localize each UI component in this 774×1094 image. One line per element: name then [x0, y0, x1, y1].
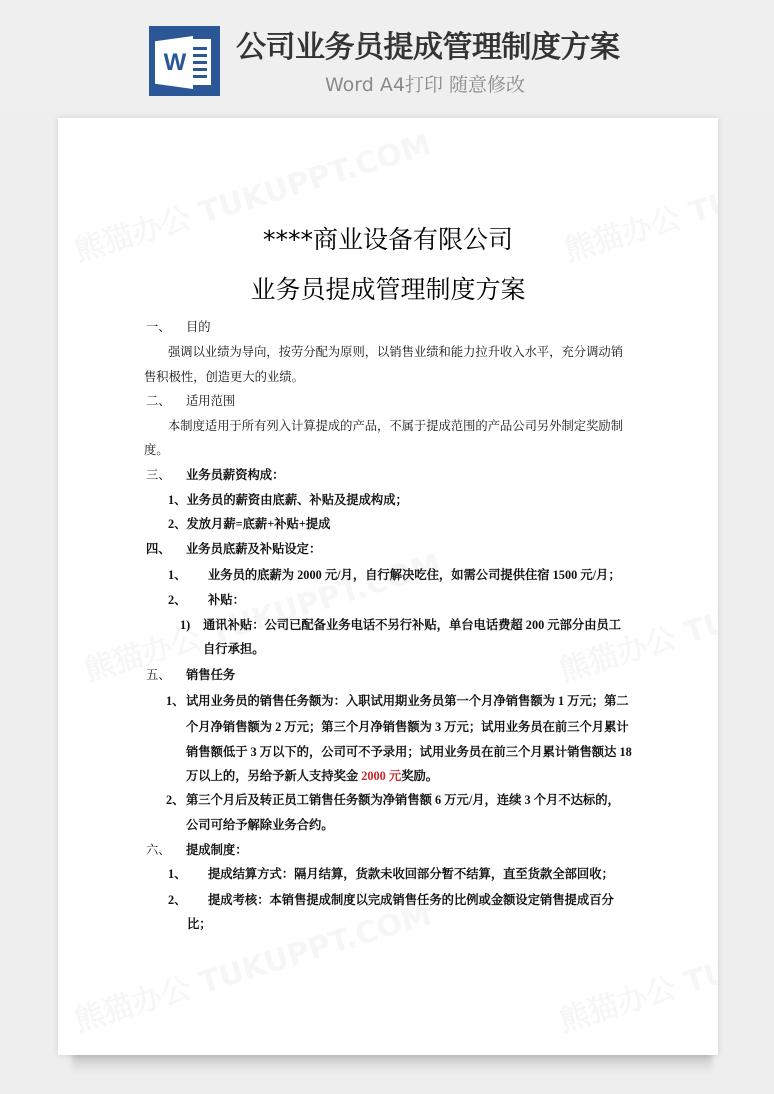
section-number: 二、	[146, 393, 171, 409]
section-number: 六、	[146, 842, 171, 858]
sub-item: 自行承担。	[203, 641, 265, 657]
sub-item: 通讯补贴：公司已配备业务电话不另行补贴，单台电话费超 200 元部分由员工	[203, 617, 621, 633]
section-heading: 目的	[186, 319, 211, 335]
list-item: 试用业务员的销售任务额为：入职试用期业务员第一个月净销售额为 1 万元；第二	[186, 693, 629, 709]
section-heading: 销售任务	[186, 667, 235, 683]
company-name: ****商业设备有限公司	[58, 220, 718, 256]
watermark: 熊猫办公 TUKUPPT.COM	[553, 890, 718, 1041]
list-item-number: 1、	[168, 567, 186, 583]
list-item-number: 1、	[166, 693, 184, 709]
list-item: 公司可给予解除业务合约。	[186, 817, 334, 833]
list-item: 1、业务员的薪资由底薪、补贴及提成构成；	[168, 492, 408, 508]
section-number: 四、	[146, 541, 171, 557]
paragraph-line: 度。	[144, 442, 169, 458]
list-item: 销售额低于 3 万以下的，公司可不予录用；试用业务员在前三个月累计销售额达 18	[186, 744, 632, 760]
sub-item-number: 1)	[180, 617, 190, 633]
bonus-amount: 2000 元	[361, 769, 401, 783]
list-item: 提成结算方式：隔月结算，货款未收回部分暂不结算，直至货款全部回收；	[208, 866, 614, 882]
header-banner: W 公司业务员提成管理制度方案 Word A4打印 随意修改	[0, 0, 774, 110]
list-item-number: 1、	[168, 866, 186, 882]
document-title: 业务员提成管理制度方案	[58, 270, 718, 306]
list-item-number: 2、	[168, 592, 186, 608]
list-item: 个月净销售额为 2 万元；第三个月净销售额为 3 万元；试用业务员在前三个月累计	[186, 719, 629, 735]
list-item: 提成考核：本销售提成制度以完成销售任务的比例或金额设定销售提成百分	[208, 892, 614, 908]
watermark: 熊猫办公 TUKUPPT.COM	[68, 890, 436, 1041]
list-item: 第三个月后及转正员工销售任务额为净销售额 6 万元/月，连续 3 个月不达标的，	[186, 792, 620, 808]
word-document-icon: W	[149, 26, 220, 96]
list-item: 万以上的，另给予新人支持奖金 2000 元奖励。	[186, 768, 438, 784]
paragraph-line: 本制度适用于所有列入计算提成的产品，不属于提成范围的产品公司另外制定奖励制	[168, 418, 623, 434]
list-item: 比；	[187, 916, 212, 932]
section-heading: 提成制度：	[186, 842, 248, 858]
list-item-number: 2、	[166, 792, 184, 808]
banner-subtitle: Word A4打印 随意修改	[325, 70, 525, 97]
section-number: 五、	[146, 667, 171, 683]
list-item-number: 2、	[168, 892, 186, 908]
paragraph-line: 强调以业绩为导向，按劳分配为原则，以销售业绩和能力拉升收入水平，充分调动销	[168, 344, 623, 360]
paragraph-line: 售积极性，创造更大的业绩。	[144, 369, 304, 385]
section-heading: 业务员底薪及补贴设定：	[186, 541, 321, 557]
banner-title: 公司业务员提成管理制度方案	[236, 22, 636, 66]
word-cover-graphic: W	[155, 36, 193, 89]
list-item: 业务员的底薪为 2000 元/月，自行解决吃住，如需公司提供住宿 1500 元/…	[208, 567, 621, 583]
list-item: 2、发放月薪=底薪+补贴+提成	[168, 516, 330, 532]
word-letter: W	[160, 49, 190, 77]
watermark: 熊猫办公 TUKUPPT.COM	[78, 540, 446, 691]
section-number: 三、	[146, 467, 171, 483]
section-number: 一、	[146, 319, 171, 335]
section-heading: 业务员薪资构成：	[186, 467, 284, 483]
list-item: 补贴：	[208, 592, 245, 608]
section-heading: 适用范围	[186, 393, 235, 409]
watermark: 熊猫办公 TUKUPPT.COM	[553, 540, 718, 691]
document-page: 熊猫办公 TUKUPPT.COM 熊猫办公 TUKUPPT.COM 熊猫办公 T…	[58, 118, 718, 1055]
